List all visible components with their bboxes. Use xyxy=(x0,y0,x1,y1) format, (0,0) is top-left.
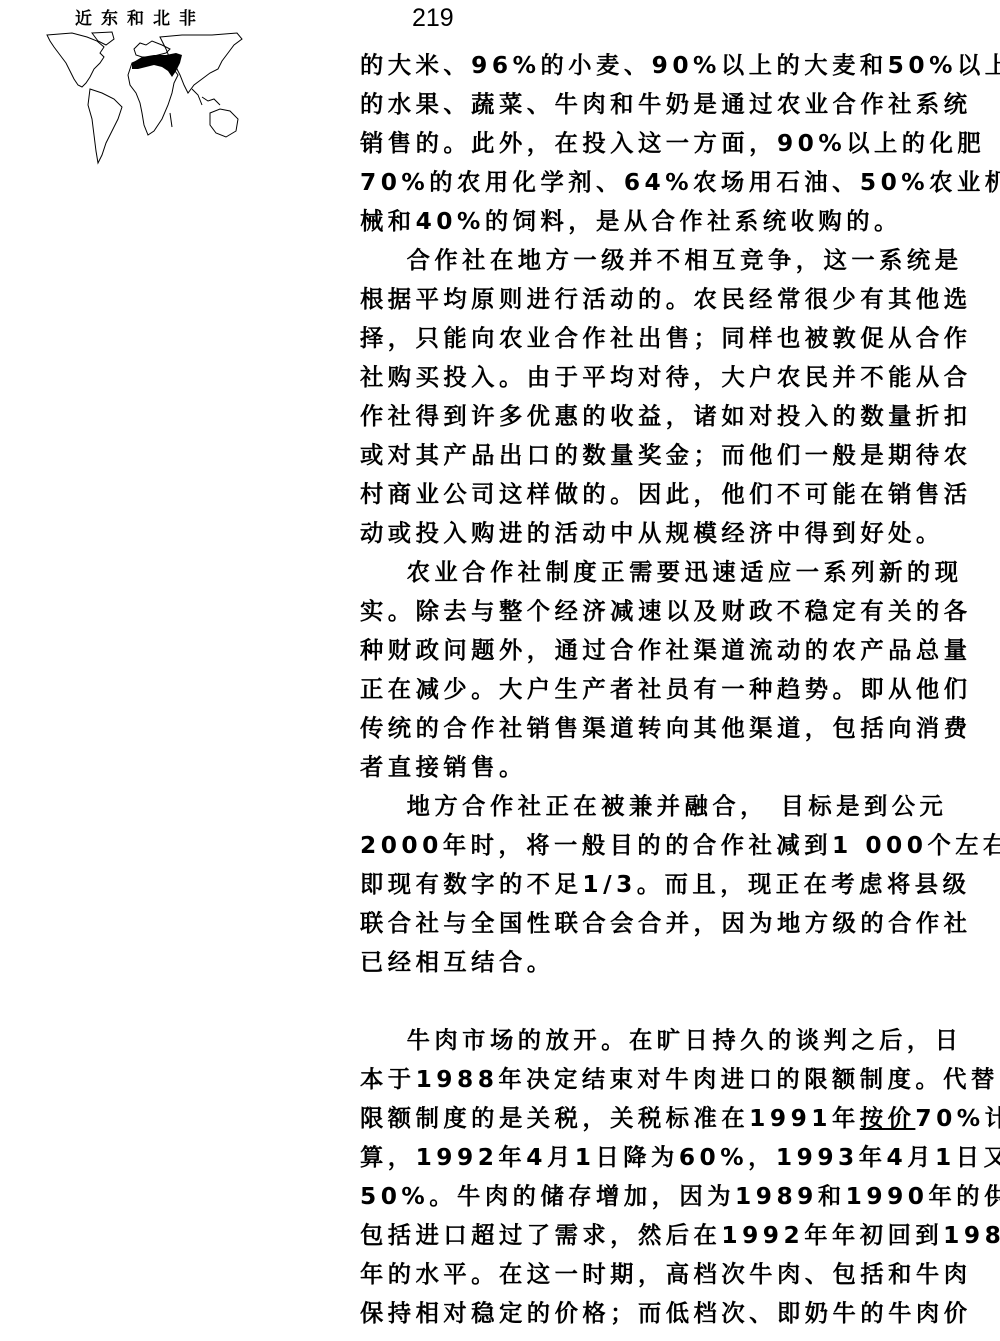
page-number: 219 xyxy=(412,4,454,33)
section-gap xyxy=(360,982,935,1021)
text-line: 械和40%的饲料，是从合作社系统收购的。 xyxy=(360,202,935,241)
text-line: 者直接销售。 xyxy=(360,748,935,787)
text-line: 牛肉市场的放开。在旷日持久的谈判之后，日 xyxy=(360,1021,935,1060)
text-line: 算，1992年4月1日降为60%，1993年4月1日又降为 xyxy=(360,1138,935,1177)
text-line: 70%的农用化学剂、64%农场用石油、50%农业机 xyxy=(360,163,935,202)
text-line: 联合社与全国性联合会合并，因为地方级的合作社 xyxy=(360,904,935,943)
text-line: 保持相对稳定的价格；而低档次、即奶牛的牛肉价 xyxy=(360,1294,935,1333)
text-line: 即现有数字的不足1/3。而且，现正在考虑将县级 xyxy=(360,865,935,904)
paragraph-5: 牛肉市场的放开。在旷日持久的谈判之后，日 本于1988年决定结束对牛肉进口的限额… xyxy=(360,1021,935,1333)
text-line: 作社得到许多优惠的收益，诸如对投入的数量折扣 xyxy=(360,397,935,436)
text-line: 销售的。此外，在投入这一方面，90%以上的化肥 xyxy=(360,124,935,163)
text-line: 已经相互结合。 xyxy=(360,943,935,982)
text-line: 50%。牛肉的储存增加，因为1989和1990年的供应 xyxy=(360,1177,935,1216)
text-line: 合作社在地方一级并不相互竞争，这一系统是 xyxy=(360,241,935,280)
text-line: 种财政问题外，通过合作社渠道流动的农产品总量 xyxy=(360,631,935,670)
text-line: 择，只能向农业合作社出售；同样也被敦促从合作 xyxy=(360,319,935,358)
text-line: 年的水平。在这一时期，高档次牛肉、包括和牛肉 xyxy=(360,1255,935,1294)
text-line: 限额制度的是关税，关税标准在1991年按价70%计 xyxy=(360,1099,935,1138)
text-line: 农业合作社制度正需要迅速适应一系列新的现 xyxy=(360,553,935,592)
text-line: 社购买投入。由于平均对待，大户农民并不能从合 xyxy=(360,358,935,397)
text-line: 的大米、96%的小麦、90%以上的大麦和50%以上 xyxy=(360,46,935,85)
paragraph-4: 地方合作社正在被兼并融合， 目标是到公元 2000年时，将一般目的的合作社减到1… xyxy=(360,787,935,982)
paragraph-2: 合作社在地方一级并不相互竞争，这一系统是 根据平均原则进行活动的。农民经常很少有… xyxy=(360,241,935,553)
paragraph-1: 的大米、96%的小麦、90%以上的大麦和50%以上 的水果、蔬菜、牛肉和牛奶是通… xyxy=(360,46,935,241)
text-line: 传统的合作社销售渠道转向其他渠道，包括向消费 xyxy=(360,709,935,748)
text-line: 村商业公司这样做的。因此，他们不可能在销售活 xyxy=(360,475,935,514)
text-line: 正在减少。大户生产者社员有一种趋势。即从他们 xyxy=(360,670,935,709)
text-line: 的水果、蔬菜、牛肉和牛奶是通过农业合作社系统 xyxy=(360,85,935,124)
text-line: 本于1988年决定结束对牛肉进口的限额制度。代替 xyxy=(360,1060,935,1099)
region-label: 近东和北非 xyxy=(75,4,205,29)
text-line: 实。除去与整个经济减速以及财政不稳定有关的各 xyxy=(360,592,935,631)
text-line: 2000年时，将一般目的的合作社减到1 000个左右， xyxy=(360,826,935,865)
text-line: 动或投入购进的活动中从规模经济中得到好处。 xyxy=(360,514,935,553)
text-line: 地方合作社正在被兼并融合， 目标是到公元 xyxy=(360,787,935,826)
paragraph-3: 农业合作社制度正需要迅速适应一系列新的现 实。除去与整个经济减速以及财政不稳定有… xyxy=(360,553,935,787)
text-line: 包括进口超过了需求，然后在1992年年初回到1988 xyxy=(360,1216,935,1255)
world-map-icon xyxy=(42,27,262,167)
text-line: 或对其产品出口的数量奖金；而他们一般是期待农 xyxy=(360,436,935,475)
text-line: 根据平均原则进行活动的。农民经常很少有其他选 xyxy=(360,280,935,319)
underlined-phrase: 按价 xyxy=(860,1105,916,1132)
article-body: 的大米、96%的小麦、90%以上的大麦和50%以上 的水果、蔬菜、牛肉和牛奶是通… xyxy=(360,46,935,1333)
